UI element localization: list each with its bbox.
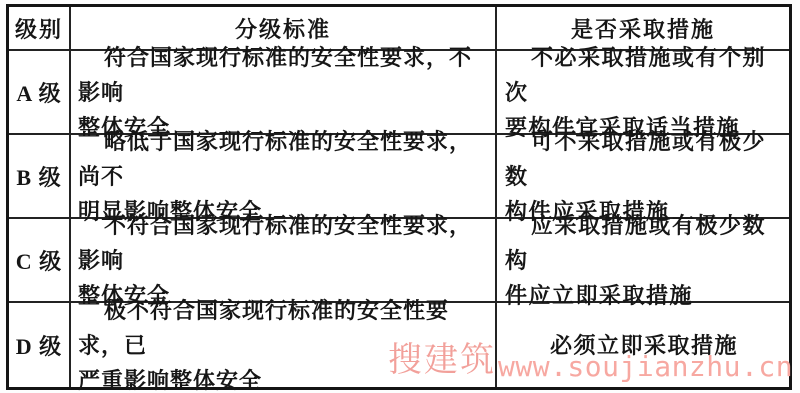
table-row-d-grade-cell: D 级 bbox=[9, 303, 71, 387]
table-row-c-measures-cell: 应采取措施或有极少数构 件应立即采取措施 bbox=[497, 219, 789, 303]
table-row-a-measures-cell: 不必采取措施或有个别次 要构件宜采取适当措施 bbox=[497, 51, 789, 135]
grade-label: C 级 bbox=[16, 245, 62, 276]
table-row-b-criteria-cell: 略低于国家现行标准的安全性要求，尚不 明显影响整体安全 bbox=[71, 135, 497, 219]
header-cell-grade: 级别 bbox=[9, 7, 71, 51]
scanned-document-page: 级别 分级标准 是否采取措施 A 级 符合国家现行标准的安全性要求，不影响 整体… bbox=[0, 0, 800, 393]
grade-label: D 级 bbox=[16, 330, 62, 361]
grading-standards-table: 级别 分级标准 是否采取措施 A 级 符合国家现行标准的安全性要求，不影响 整体… bbox=[6, 4, 792, 390]
grade-label: B 级 bbox=[16, 161, 61, 192]
watermark-url-text: www.soujianzhu.cn bbox=[498, 352, 793, 382]
table-row-b-measures-cell: 可不采取措施或有极少数 构件应采取措施 bbox=[497, 135, 789, 219]
table-row-b-grade-cell: B 级 bbox=[9, 135, 71, 219]
watermark-brand-text: 搜建筑 bbox=[388, 342, 496, 380]
table-row-a-criteria-cell: 符合国家现行标准的安全性要求，不影响 整体安全 bbox=[71, 51, 497, 135]
table-row-c-grade-cell: C 级 bbox=[9, 219, 71, 303]
table-row-a-grade-cell: A 级 bbox=[9, 51, 71, 135]
header-label-grade: 级别 bbox=[15, 13, 63, 44]
table-row-c-criteria-cell: 不符合国家现行标准的安全性要求，影响 整体安全 bbox=[71, 219, 497, 303]
grade-label: A 级 bbox=[16, 77, 61, 108]
